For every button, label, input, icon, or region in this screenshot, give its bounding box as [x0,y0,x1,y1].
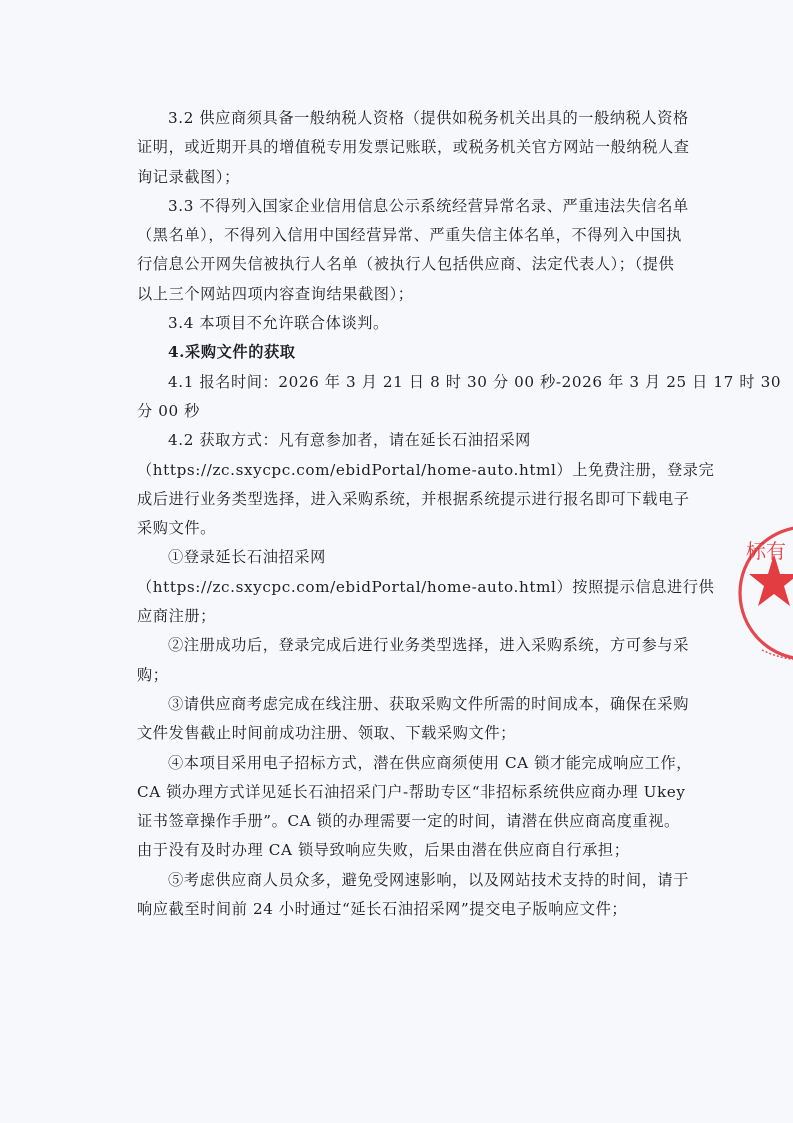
text-line: 分 00 秒 [137,397,669,426]
paragraph-3-3: 3.3 不得列入国家企业信用信息公示系统经营异常名录、严重违法失信名单 （黑名单… [137,192,669,309]
section-heading-4: 4.采购文件的获取 [137,338,669,367]
text-line: ⑤考虑供应商人员众多，避免受网速影响，以及网站技术支持的时间，请于 [137,866,669,895]
url-text-line: （https://zc.sxycpc.com/ebidPortal/home-a… [137,456,669,485]
stamp-text: 标有 [746,539,786,563]
text-line: 由于没有及时办理 CA 锁导致响应失败，后果由潜在供应商自行承担； [137,836,669,865]
text-line: 购； [137,661,669,690]
text-line: 询记录截图）； [137,163,669,192]
paragraph-4-1: 4.1 报名时间：2026 年 3 月 21 日 8 时 30 分 00 秒-2… [137,368,669,427]
document-body: 3.2 供应商须具备一般纳税人资格（提供如税务机关出具的一般纳税人资格 证明，或… [137,104,669,924]
url-text-line: （https://zc.sxycpc.com/ebidPortal/home-a… [137,573,669,602]
document-page: 3.2 供应商须具备一般纳税人资格（提供如税务机关出具的一般纳税人资格 证明，或… [0,0,793,1123]
text-line: 文件发售截止时间前成功注册、领取、下载采购文件； [137,719,669,748]
step-1: ①登录延长石油招采网 （https://zc.sxycpc.com/ebidPo… [137,543,669,631]
text-line: 成后进行业务类型选择，进入采购系统，并根据系统提示进行报名即可下载电子 [137,485,669,514]
text-line: 4.2 获取方式：凡有意参加者，请在延长石油招采网 [137,426,669,455]
text-line: ①登录延长石油招采网 [137,543,669,572]
text-line: 响应截至时间前 24 小时通过“延长石油招采网”提交电子版响应文件； [137,895,669,924]
text-line: 4.1 报名时间：2026 年 3 月 21 日 8 时 30 分 00 秒-2… [137,368,669,397]
text-line: 采购文件。 [137,514,669,543]
text-line: ③请供应商考虑完成在线注册、获取采购文件所需的时间成本，确保在采购 [137,690,669,719]
official-seal-stamp-icon: 标有 [738,518,793,668]
text-line: 行信息公开网失信被执行人名单（被执行人包括供应商、法定代表人）；（提供 [137,250,669,279]
paragraph-4-2: 4.2 获取方式：凡有意参加者，请在延长石油招采网 （https://zc.sx… [137,426,669,543]
heading-text: 4.采购文件的获取 [137,338,669,367]
text-line: CA 锁办理方式详见延长石油招采门户-帮助专区“非招标系统供应商办理 Ukey [137,778,669,807]
paragraph-3-4: 3.4 本项目不允许联合体谈判。 [137,309,669,338]
text-line: 3.2 供应商须具备一般纳税人资格（提供如税务机关出具的一般纳税人资格 [137,104,669,133]
step-4: ④本项目采用电子招标方式，潜在供应商须使用 CA 锁才能完成响应工作， CA 锁… [137,749,669,866]
text-line: 3.4 本项目不允许联合体谈判。 [137,309,669,338]
text-line: 证明，或近期开具的增值税专用发票记账联，或税务机关官方网站一般纳税人查 [137,133,669,162]
text-line: ②注册成功后，登录完成后进行业务类型选择，进入采购系统，方可参与采 [137,631,669,660]
text-line: ④本项目采用电子招标方式，潜在供应商须使用 CA 锁才能完成响应工作， [137,749,669,778]
step-5: ⑤考虑供应商人员众多，避免受网速影响，以及网站技术支持的时间，请于 响应截至时间… [137,866,669,925]
text-line: 以上三个网站四项内容查询结果截图）； [137,280,669,309]
step-2: ②注册成功后，登录完成后进行业务类型选择，进入采购系统，方可参与采 购； [137,631,669,690]
text-line: 3.3 不得列入国家企业信用信息公示系统经营异常名录、严重违法失信名单 [137,192,669,221]
paragraph-3-2: 3.2 供应商须具备一般纳税人资格（提供如税务机关出具的一般纳税人资格 证明，或… [137,104,669,192]
text-line: 证书签章操作手册”。CA 锁的办理需要一定的时间，请潜在供应商高度重视。 [137,807,669,836]
text-line: （黑名单），不得列入信用中国经营异常、严重失信主体名单，不得列入中国执 [137,221,669,250]
step-3: ③请供应商考虑完成在线注册、获取采购文件所需的时间成本，确保在采购 文件发售截止… [137,690,669,749]
text-line: 应商注册； [137,602,669,631]
